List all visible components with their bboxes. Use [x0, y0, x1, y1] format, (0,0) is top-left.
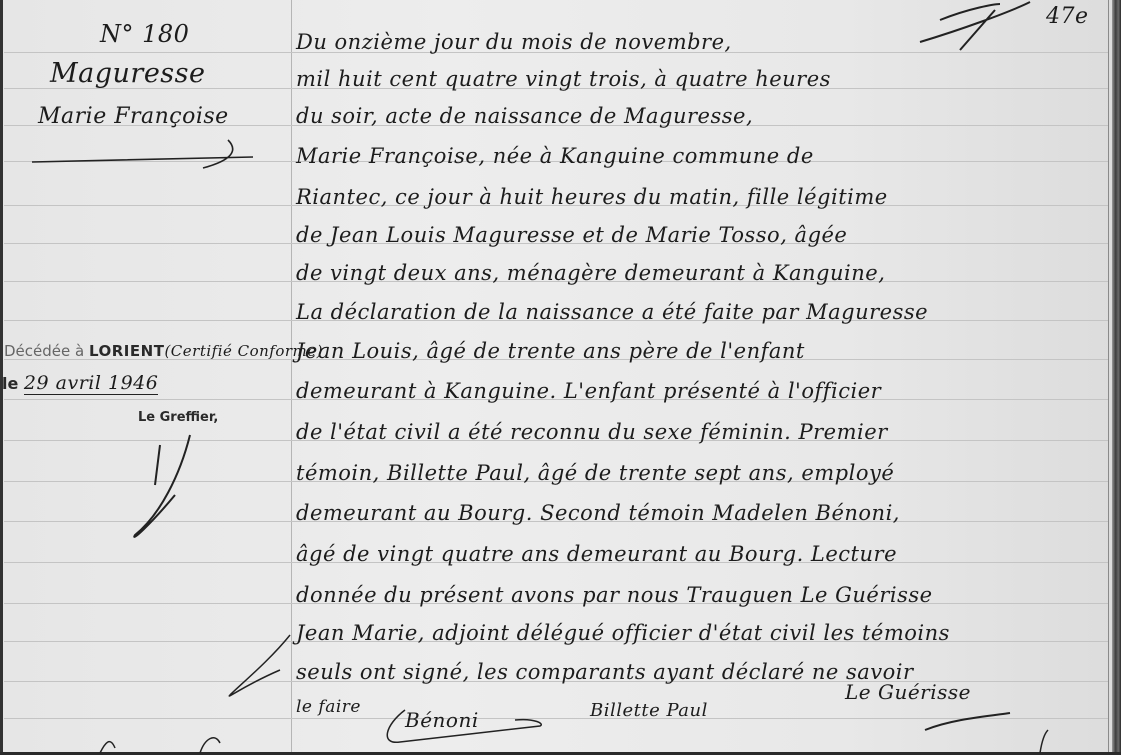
body-line-6: de Jean Louis Maguresse et de Marie Toss…	[296, 223, 847, 247]
body-line-10: demeurant à Kanguine. L'enfant présenté …	[296, 379, 881, 403]
clerk-signature-icon	[120, 425, 210, 545]
margin-given-names: Marie Françoise	[38, 104, 229, 129]
page-binding-edge	[1112, 0, 1121, 755]
registry-page: 47e N° 180 Maguresse Marie Françoise Déc…	[0, 0, 1121, 755]
body-line-7: de vingt deux ans, ménagère demeurant à …	[296, 261, 885, 285]
body-line-15: donnée du présent avons par nous Traugue…	[296, 583, 933, 607]
body-line-9: Jean Louis, âgé de trente ans père de l'…	[296, 339, 805, 363]
body-line-8: La déclaration de la naissance a été fai…	[296, 300, 928, 324]
body-line-16: Jean Marie, adjoint délégué officier d'é…	[296, 621, 950, 645]
right-rule	[1108, 0, 1109, 755]
body-line-18: le faire	[296, 697, 361, 717]
body-line-2: mil huit cent quatre vingt trois, à quat…	[296, 67, 831, 91]
death-prefix: Décédée à	[4, 342, 84, 360]
body-line-4: Marie Françoise, née à Kanguine commune …	[296, 144, 814, 168]
death-date: 29 avril 1946	[24, 372, 158, 395]
clerk-label: Le Greffier,	[138, 410, 218, 425]
margin-surname: Maguresse	[50, 58, 206, 89]
body-line-13: demeurant au Bourg. Second témoin Madele…	[296, 501, 900, 525]
signature-officer: Le Guérisse	[845, 680, 971, 704]
body-line-11: de l'état civil a été reconnu du sexe fé…	[296, 420, 888, 444]
body-line-14: âgé de vingt quatre ans demeurant au Bou…	[296, 542, 897, 566]
body-line-1: Du onzième jour du mois de novembre,	[296, 30, 732, 54]
paraph-flourish-icon	[900, 0, 1040, 60]
margin-flourish-icon	[220, 630, 300, 700]
act-number: N° 180	[100, 20, 189, 48]
body-line-3: du soir, acte de naissance de Maguresse,	[296, 104, 753, 128]
body-line-12: témoin, Billette Paul, âgé de trente sep…	[296, 461, 894, 485]
death-date-prefix: le	[2, 374, 18, 393]
death-annotation-line2: le 29 avril 1946	[2, 372, 158, 394]
death-place: LORIENT	[89, 342, 164, 360]
next-act-fragments-icon	[80, 728, 1080, 755]
body-line-5: Riantec, ce jour à huit heures du matin,…	[296, 185, 888, 209]
margin-underline-flourish-icon	[28, 135, 268, 175]
body-line-17: seuls ont signé, les comparants ayant dé…	[296, 660, 914, 684]
death-annotation-line1: Décédée à LORIENT(Certifié Conforme)	[4, 342, 323, 360]
signature-witness-2: Billette Paul	[590, 700, 708, 721]
page-number: 47e	[1046, 4, 1089, 29]
